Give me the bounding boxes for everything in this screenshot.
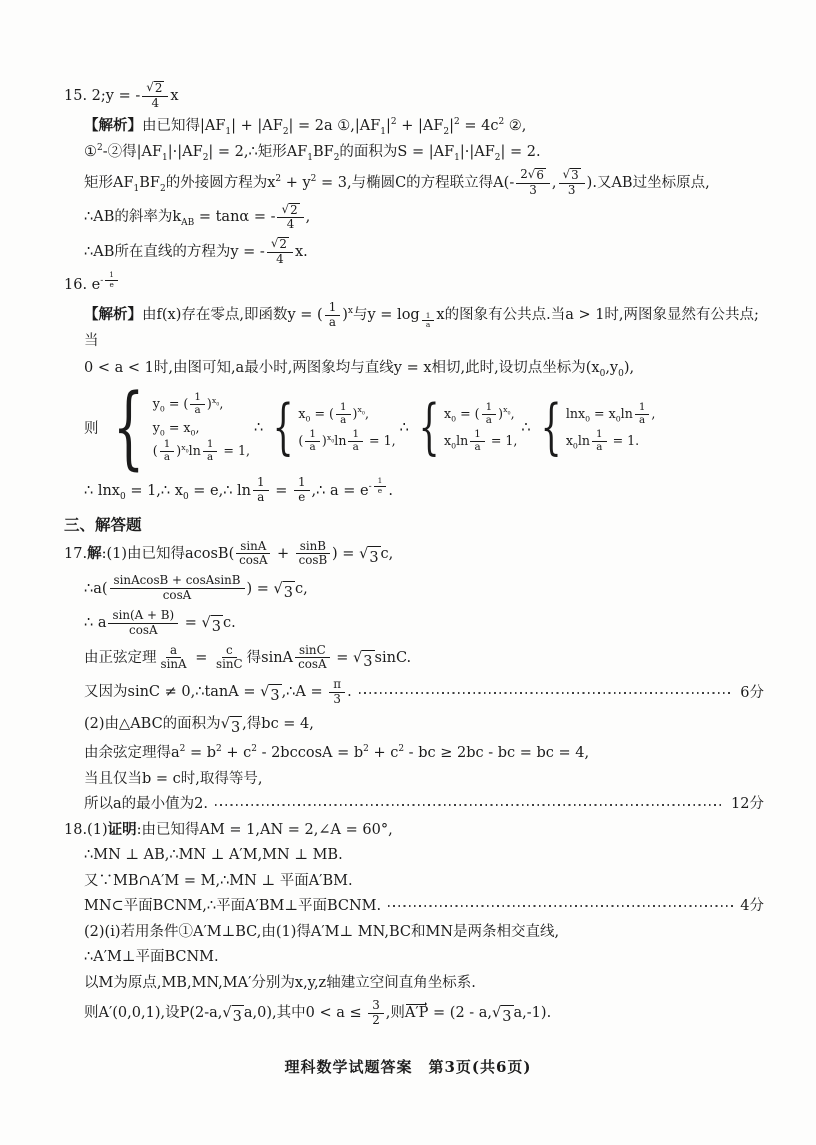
system-lead: ∴: [521, 420, 530, 436]
equation-system: ∴{x0 = (1a)x0,x0ln1a = 1,: [400, 400, 518, 455]
dotted-leader: [359, 692, 734, 694]
radical-sign: √: [274, 581, 283, 598]
denominator: a: [594, 442, 604, 454]
line-text: ∴AB所在直线的方程为y = -√24x.: [84, 244, 308, 260]
line-text: ∴MN ⊥ AB,∴MN ⊥ A′M,MN ⊥ MB.: [84, 847, 343, 863]
radicand: 3: [501, 1005, 513, 1028]
denominator: a: [424, 321, 432, 329]
line-text: (2)由△ABC的面积为√3,得bc = 4,: [84, 716, 314, 732]
score-label: 12分: [731, 793, 764, 815]
line-text: 以M为原点,MB,MN,MA′分别为x,y,z轴建立空间直角坐标系.: [84, 975, 476, 991]
solution-line: 所以a的最小值为2.12分: [64, 793, 764, 815]
radicand: 2: [278, 237, 289, 252]
sqrt: √3: [563, 168, 581, 183]
bold-text: 【解析】: [84, 117, 142, 134]
radicand: 3: [570, 168, 581, 183]
numerator: sinC: [295, 644, 330, 659]
subscript: 0: [616, 414, 621, 423]
solution-line: MN⊂平面BCNM,∴平面A′BM⊥平面BCNM.4分: [64, 895, 764, 917]
line-text: MN⊂平面BCNM,∴平面A′BM⊥平面BCNM.: [84, 895, 381, 917]
superscript: 2: [498, 118, 504, 128]
denominator: a: [193, 405, 203, 417]
system-equations: lnx0 = x0ln1a,x0ln1a = 1.: [566, 402, 656, 455]
radicand: 3: [283, 581, 295, 604]
denominator: a: [327, 316, 338, 330]
fraction: π3: [329, 678, 345, 706]
radical-sign: √: [146, 81, 154, 95]
subscript: 0: [451, 414, 456, 423]
line-text: ∴A′M⊥平面BCNM.: [84, 949, 219, 965]
sqrt: √2: [146, 81, 164, 96]
subscript: 0: [331, 440, 334, 445]
sqrt: √3: [201, 615, 222, 638]
subscript: 2: [443, 127, 449, 137]
system-lead: 则: [84, 417, 99, 438]
line-text: 矩形AF1BF2的外接圆方程为x2 + y2 = 3,与椭圆C的方程联立得A(-…: [84, 175, 710, 191]
line-text: 所以a的最小值为2.: [84, 793, 208, 815]
solution-line: ∴A′M⊥平面BCNM.: [64, 946, 764, 968]
denominator: sinC: [214, 658, 245, 672]
equation-systems-row: 则{y0 = (1a)x0,y0 = x0,(1a)x0ln1a = 1,∴{x…: [64, 387, 764, 470]
superscript: 2: [391, 118, 397, 128]
superscript: x0: [212, 396, 219, 405]
denominator: a: [308, 442, 318, 454]
bold-text: 解: [87, 545, 102, 562]
solution-line: 又∵MB∩A′M = M,∴MN ⊥ 平面A′BM.: [64, 870, 764, 892]
solution-line: 又因为sinC ≠ 0,∴tanA = √3,∴A = π3.6分: [64, 678, 764, 708]
numerator: 3: [368, 999, 384, 1014]
score-label: 4分: [740, 895, 764, 917]
solution-line: (2)(ⅰ)若用条件①A′M⊥BC,由(1)得A′M⊥ MN,BC和MN是两条相…: [64, 921, 764, 943]
sqrt: √3: [353, 650, 374, 673]
equation-row: x0ln1a = 1.: [566, 429, 656, 454]
line-text: ∴AB的斜率为kAB = tanα = -√24,: [84, 209, 310, 225]
fraction: 1e: [294, 476, 310, 504]
numerator: 1: [482, 402, 497, 415]
subscript: 1: [225, 127, 231, 137]
denominator: 3: [527, 184, 539, 198]
equation-row: (1a)x0ln1a = 1,: [298, 429, 395, 454]
section-heading: 三、解答题: [64, 513, 764, 535]
fraction: 2√63: [516, 168, 550, 197]
fraction: sinCcosA: [295, 644, 330, 672]
denominator: 4: [285, 218, 297, 232]
equation-row: (1a)x0ln1a = 1,: [153, 439, 250, 464]
sqrt: √3: [222, 1005, 243, 1028]
solution-line: 17.解:(1)由已知得acosB(sinAcosA + sinBcosB) =…: [64, 540, 764, 570]
subscript: 2: [283, 127, 289, 137]
radical-sign: √: [528, 168, 536, 182]
subscript: 0: [120, 491, 126, 501]
superscript: 2: [180, 745, 186, 755]
numerator: 1: [325, 301, 341, 316]
system-equations: x0 = (1a)x0,(1a)x0ln1a = 1,: [298, 402, 395, 455]
radical-sign: √: [359, 546, 368, 563]
fraction: 1a: [592, 429, 607, 454]
radical-sign: √: [271, 237, 279, 251]
radical-sign: √: [353, 650, 362, 667]
score-label: 6分: [740, 682, 764, 704]
line-text: 17.解:(1)由已知得acosB(sinAcosA + sinBcosB) =…: [64, 546, 393, 562]
subscript: 2: [495, 153, 501, 163]
brace: {: [418, 400, 439, 455]
denominator: cosA: [237, 554, 269, 568]
radical-sign: √: [260, 684, 269, 701]
subscript: 0: [585, 414, 590, 423]
superscript: 2: [398, 745, 404, 755]
superscript: 2: [216, 745, 222, 755]
numerator: sinB: [296, 540, 330, 555]
solution-line: 当且仅当b = c时,取得等号,: [64, 768, 764, 790]
solution-line: ∴MN ⊥ AB,∴MN ⊥ A′M,MN ⊥ MB.: [64, 844, 764, 866]
subscript: 0: [573, 442, 578, 451]
denominator: 3: [331, 693, 343, 707]
subscript: 2: [334, 153, 340, 163]
subscript: 0: [600, 369, 606, 379]
fraction: 32: [368, 999, 384, 1027]
radicand: 3: [232, 1005, 244, 1028]
fraction: 1a: [470, 429, 485, 454]
line-text: 15. 2;y = -√24x: [64, 88, 179, 104]
system-equations: x0 = (1a)x0,x0ln1a = 1,: [444, 402, 517, 455]
equation-system: ∴{x0 = (1a)x0,(1a)x0ln1a = 1,: [254, 400, 396, 455]
fraction: 1a: [635, 402, 650, 427]
superscript: x0: [503, 405, 510, 414]
sqrt: √3: [359, 546, 380, 569]
subscript: 0: [507, 412, 510, 417]
equation-row: lnx0 = x0ln1a,: [566, 402, 656, 427]
numerator: sin(A + B): [108, 609, 178, 624]
numerator: 1: [253, 476, 269, 491]
superscript: 2: [97, 143, 103, 153]
solution-line: 0 < a < 1时,由图可知,a最小时,两图象均与直线y = x相切,此时,设…: [64, 357, 764, 379]
denominator: a: [637, 415, 647, 427]
line-text: 16. e-1e: [64, 277, 120, 293]
radicand: 2: [154, 81, 165, 96]
fraction: √33: [559, 168, 585, 197]
radicand: 3: [269, 684, 281, 707]
superscript: 2: [311, 174, 317, 184]
line-text: 又因为sinC ≠ 0,∴tanA = √3,∴A = π3.: [84, 678, 352, 708]
exam-answer-page: 15. 2;y = -√24x【解析】由已知得|AF1| + |AF2| = 2…: [0, 0, 816, 1145]
solution-line: 【解析】由已知得|AF1| + |AF2| = 2a ①,|AF1|2 + |A…: [64, 115, 764, 137]
numerator: √2: [142, 81, 168, 97]
fraction: 1a: [422, 312, 435, 330]
fraction: sinAcosB + cosAsinBcosA: [110, 574, 245, 602]
solution-line: 【解析】由f(x)存在零点,即函数y = (1a)x与y = log1ax的图象…: [64, 301, 764, 352]
line-text: 则A′(0,0,1),设P(2-a,√3a,0),其中0 < a ≤ 32,则A…: [84, 1005, 551, 1021]
sqrt: √3: [221, 716, 242, 739]
numerator: 1: [190, 392, 205, 405]
fraction: 1a: [482, 402, 497, 427]
solution-line: 由正弦定理asinA = csinC得sinAsinCcosA = √3sinC…: [64, 644, 764, 674]
sqrt: √3: [492, 1005, 513, 1028]
fraction: 1a: [325, 301, 341, 329]
fraction: 1a: [348, 429, 363, 454]
radical-sign: √: [222, 1005, 231, 1022]
subscript: 0: [186, 449, 189, 454]
fraction: 1a: [336, 402, 351, 427]
radicand: 3: [230, 716, 242, 739]
line-text: ∴ lnx0 = 1,∴ x0 = e,∴ ln1a = 1e,∴ a = e-…: [84, 483, 393, 499]
subscript: 0: [183, 491, 189, 501]
denominator: e: [296, 491, 307, 505]
solution-line: ∴ asin(A + B)cosA = √3c.: [64, 609, 764, 639]
subscript: 1: [307, 153, 313, 163]
solution-line: 18.(1)证明:由已知得AM = 1,AN = 2,∠A = 60°,: [64, 819, 764, 841]
fraction: 1a: [253, 476, 269, 504]
denominator: e: [107, 281, 115, 289]
subscript: 1: [134, 184, 140, 194]
line-text: (2)(ⅰ)若用条件①A′M⊥BC,由(1)得A′M⊥ MN,BC和MN是两条相…: [84, 924, 559, 940]
radicand: 6: [535, 168, 546, 183]
answers-content: 15. 2;y = -√24x【解析】由已知得|AF1| + |AF2| = 2…: [64, 76, 764, 1034]
fraction: 1a: [160, 439, 175, 464]
fraction: sin(A + B)cosA: [108, 609, 178, 637]
bold-text: 证明: [108, 821, 137, 838]
subscript: 0: [451, 442, 456, 451]
superscript: 2: [275, 174, 281, 184]
subscript: 1: [162, 153, 168, 163]
sqrt: √3: [260, 684, 281, 707]
superscript: x0: [327, 433, 334, 442]
denominator: a: [255, 491, 266, 505]
radicand: 3: [211, 615, 223, 638]
subscript: 0: [160, 404, 165, 413]
denominator: 2: [370, 1014, 382, 1028]
superscript: 2: [251, 745, 257, 755]
numerator: a: [166, 644, 181, 659]
subscript: 0: [618, 369, 624, 379]
denominator: 4: [150, 97, 162, 111]
fraction: 1e: [374, 477, 387, 495]
solution-line: (2)由△ABC的面积为√3,得bc = 4,: [64, 713, 764, 739]
brace: {: [112, 387, 143, 470]
radical-sign: √: [563, 168, 571, 182]
denominator: a: [472, 442, 482, 454]
equation-row: x0ln1a = 1,: [444, 429, 517, 454]
equation-row: y0 = x0,: [153, 420, 250, 437]
brace: {: [273, 400, 294, 455]
line-text: 0 < a < 1时,由图可知,a最小时,两图象均与直线y = x相切,此时,设…: [84, 360, 634, 376]
line-text: 当且仅当b = c时,取得等号,: [84, 771, 263, 787]
subscript: 0: [160, 428, 165, 437]
line-text: 由正弦定理asinA = csinC得sinAsinCcosA = √3sinC…: [84, 650, 411, 666]
dotted-leader: [388, 905, 733, 907]
subscript: 0: [216, 402, 219, 407]
superscript: x0: [357, 405, 364, 414]
subscript: 2: [203, 153, 209, 163]
fraction: √24: [267, 237, 293, 266]
sqrt: √2: [281, 203, 299, 218]
system-lead: ∴: [254, 420, 263, 436]
fraction: 1a: [305, 429, 320, 454]
equation-row: x0 = (1a)x0,: [298, 402, 395, 427]
line-text: ∴ asin(A + B)cosA = √3c.: [84, 615, 236, 631]
subscript: 0: [306, 414, 311, 423]
solution-line: 以M为原点,MB,MN,MA′分别为x,y,z轴建立空间直角坐标系.: [64, 972, 764, 994]
radical-sign: √: [492, 1005, 501, 1022]
denominator: cosA: [296, 658, 328, 672]
subscript: 0: [362, 412, 365, 417]
solution-line: 则A′(0,0,1),设P(2-a,√3a,0),其中0 < a ≤ 32,则A…: [64, 999, 764, 1029]
line-text: 【解析】由f(x)存在零点,即函数y = (1a)x与y = log1ax的图象…: [84, 307, 759, 348]
denominator: cosB: [297, 554, 330, 568]
solution-line: 矩形AF1BF2的外接圆方程为x2 + y2 = 3,与椭圆C的方程联立得A(-…: [64, 168, 764, 197]
fraction: sinAcosA: [236, 540, 270, 568]
fraction: csinC: [214, 644, 245, 672]
superscript: -1e: [369, 482, 389, 492]
bold-text: 【解析】: [84, 306, 142, 323]
radicand: 3: [362, 650, 374, 673]
fraction: 1a: [190, 392, 205, 417]
brace: {: [540, 400, 561, 455]
numerator: c: [222, 644, 237, 659]
numerator: 1: [635, 402, 650, 415]
solution-line: 15. 2;y = -√24x: [64, 81, 764, 110]
solution-line: ∴a(sinAcosB + cosAsinBcosA) = √3c,: [64, 574, 764, 604]
denominator: a: [351, 442, 361, 454]
numerator: 1: [294, 476, 310, 491]
numerator: 2√6: [516, 168, 550, 184]
line-text: 【解析】由已知得|AF1| + |AF2| = 2a ①,|AF1|2 + |A…: [84, 118, 526, 134]
radicand: 2: [289, 203, 300, 218]
denominator: a: [338, 415, 348, 427]
subscript: 1: [380, 127, 386, 137]
page-footer: 理科数学试题答案 第3页(共6页): [0, 1056, 816, 1077]
solution-line: ∴ lnx0 = 1,∴ x0 = e,∴ ln1a = 1e,∴ a = e-…: [64, 476, 764, 504]
fraction: 1a: [203, 439, 218, 464]
footer-text: 理科数学试题答案 第3页(共6页): [284, 1058, 531, 1076]
fraction: √24: [277, 203, 303, 232]
denominator: cosA: [161, 589, 193, 603]
dotted-leader: [215, 804, 724, 806]
line-text: ①2-②得|AF1|·|AF2| = 2,∴矩形AF1BF2的面积为S = |A…: [84, 144, 541, 160]
denominator: a: [484, 415, 494, 427]
fraction: √24: [142, 81, 168, 110]
line-text: 又∵MB∩A′M = M,∴MN ⊥ 平面A′BM.: [84, 873, 353, 889]
system-lead: ∴: [400, 420, 409, 436]
equation-system: 则{y0 = (1a)x0,y0 = x0,(1a)x0ln1a = 1,: [84, 387, 250, 470]
equation-system: ∴{lnx0 = x0ln1a,x0ln1a = 1.: [521, 400, 655, 455]
subscript: AB: [181, 218, 194, 228]
numerator: 1: [336, 402, 351, 415]
numerator: sinAcosB + cosAsinB: [110, 574, 245, 589]
denominator: sinA: [159, 658, 189, 672]
denominator: a: [162, 452, 172, 464]
superscript: x0: [181, 443, 188, 452]
fraction: sinBcosB: [296, 540, 330, 568]
line-text: ∴a(sinAcosB + cosAsinBcosA) = √3c,: [84, 581, 308, 597]
solution-line: ∴AB的斜率为kAB = tanα = -√24,: [64, 203, 764, 232]
subscript: 1: [454, 153, 460, 163]
sqrt: √6: [528, 168, 546, 183]
fraction: asinA: [159, 644, 189, 672]
line-text: 由余弦定理得a2 = b2 + c2 - 2bccosA = b2 + c2 -…: [84, 745, 589, 761]
denominator: 4: [274, 253, 286, 267]
subscript: 2: [160, 184, 166, 194]
numerator: √2: [277, 203, 303, 219]
solution-line: 由余弦定理得a2 = b2 + c2 - 2bccosA = b2 + c2 -…: [64, 742, 764, 764]
equation-row: y0 = (1a)x0,: [153, 392, 250, 417]
sqrt: √2: [271, 237, 289, 252]
denominator: cosA: [127, 624, 159, 638]
system-equations: y0 = (1a)x0,y0 = x0,(1a)x0ln1a = 1,: [153, 392, 250, 464]
denominator: e: [376, 487, 384, 495]
numerator: sinA: [236, 540, 270, 555]
sqrt: √3: [274, 581, 295, 604]
subscript: 1a: [420, 316, 437, 326]
equation-row: x0 = (1a)x0,: [444, 402, 517, 427]
superscript: -1e: [100, 276, 120, 286]
radical-sign: √: [281, 203, 289, 217]
solution-line: ①2-②得|AF1|·|AF2| = 2,∴矩形AF1BF2的面积为S = |A…: [64, 141, 764, 163]
superscript: 2: [454, 118, 460, 128]
numerator: √2: [267, 237, 293, 253]
line-text: 三、解答题: [64, 515, 142, 534]
solution-line: ∴AB所在直线的方程为y = -√24x.: [64, 237, 764, 266]
radical-sign: √: [201, 615, 210, 632]
radical-sign: √: [221, 716, 230, 733]
superscript: x: [348, 306, 353, 316]
solution-line: 16. e-1e: [64, 271, 764, 296]
denominator: 3: [566, 184, 578, 198]
vector-overline: A′P: [405, 1004, 429, 1021]
numerator: π: [329, 678, 345, 693]
fraction: 1e: [105, 271, 118, 289]
line-text: 18.(1)证明:由已知得AM = 1,AN = 2,∠A = 60°,: [64, 822, 393, 838]
denominator: a: [205, 452, 215, 464]
radicand: 3: [368, 546, 380, 569]
superscript: 2: [363, 745, 369, 755]
numerator: √3: [559, 168, 585, 184]
subscript: 0: [191, 428, 196, 437]
